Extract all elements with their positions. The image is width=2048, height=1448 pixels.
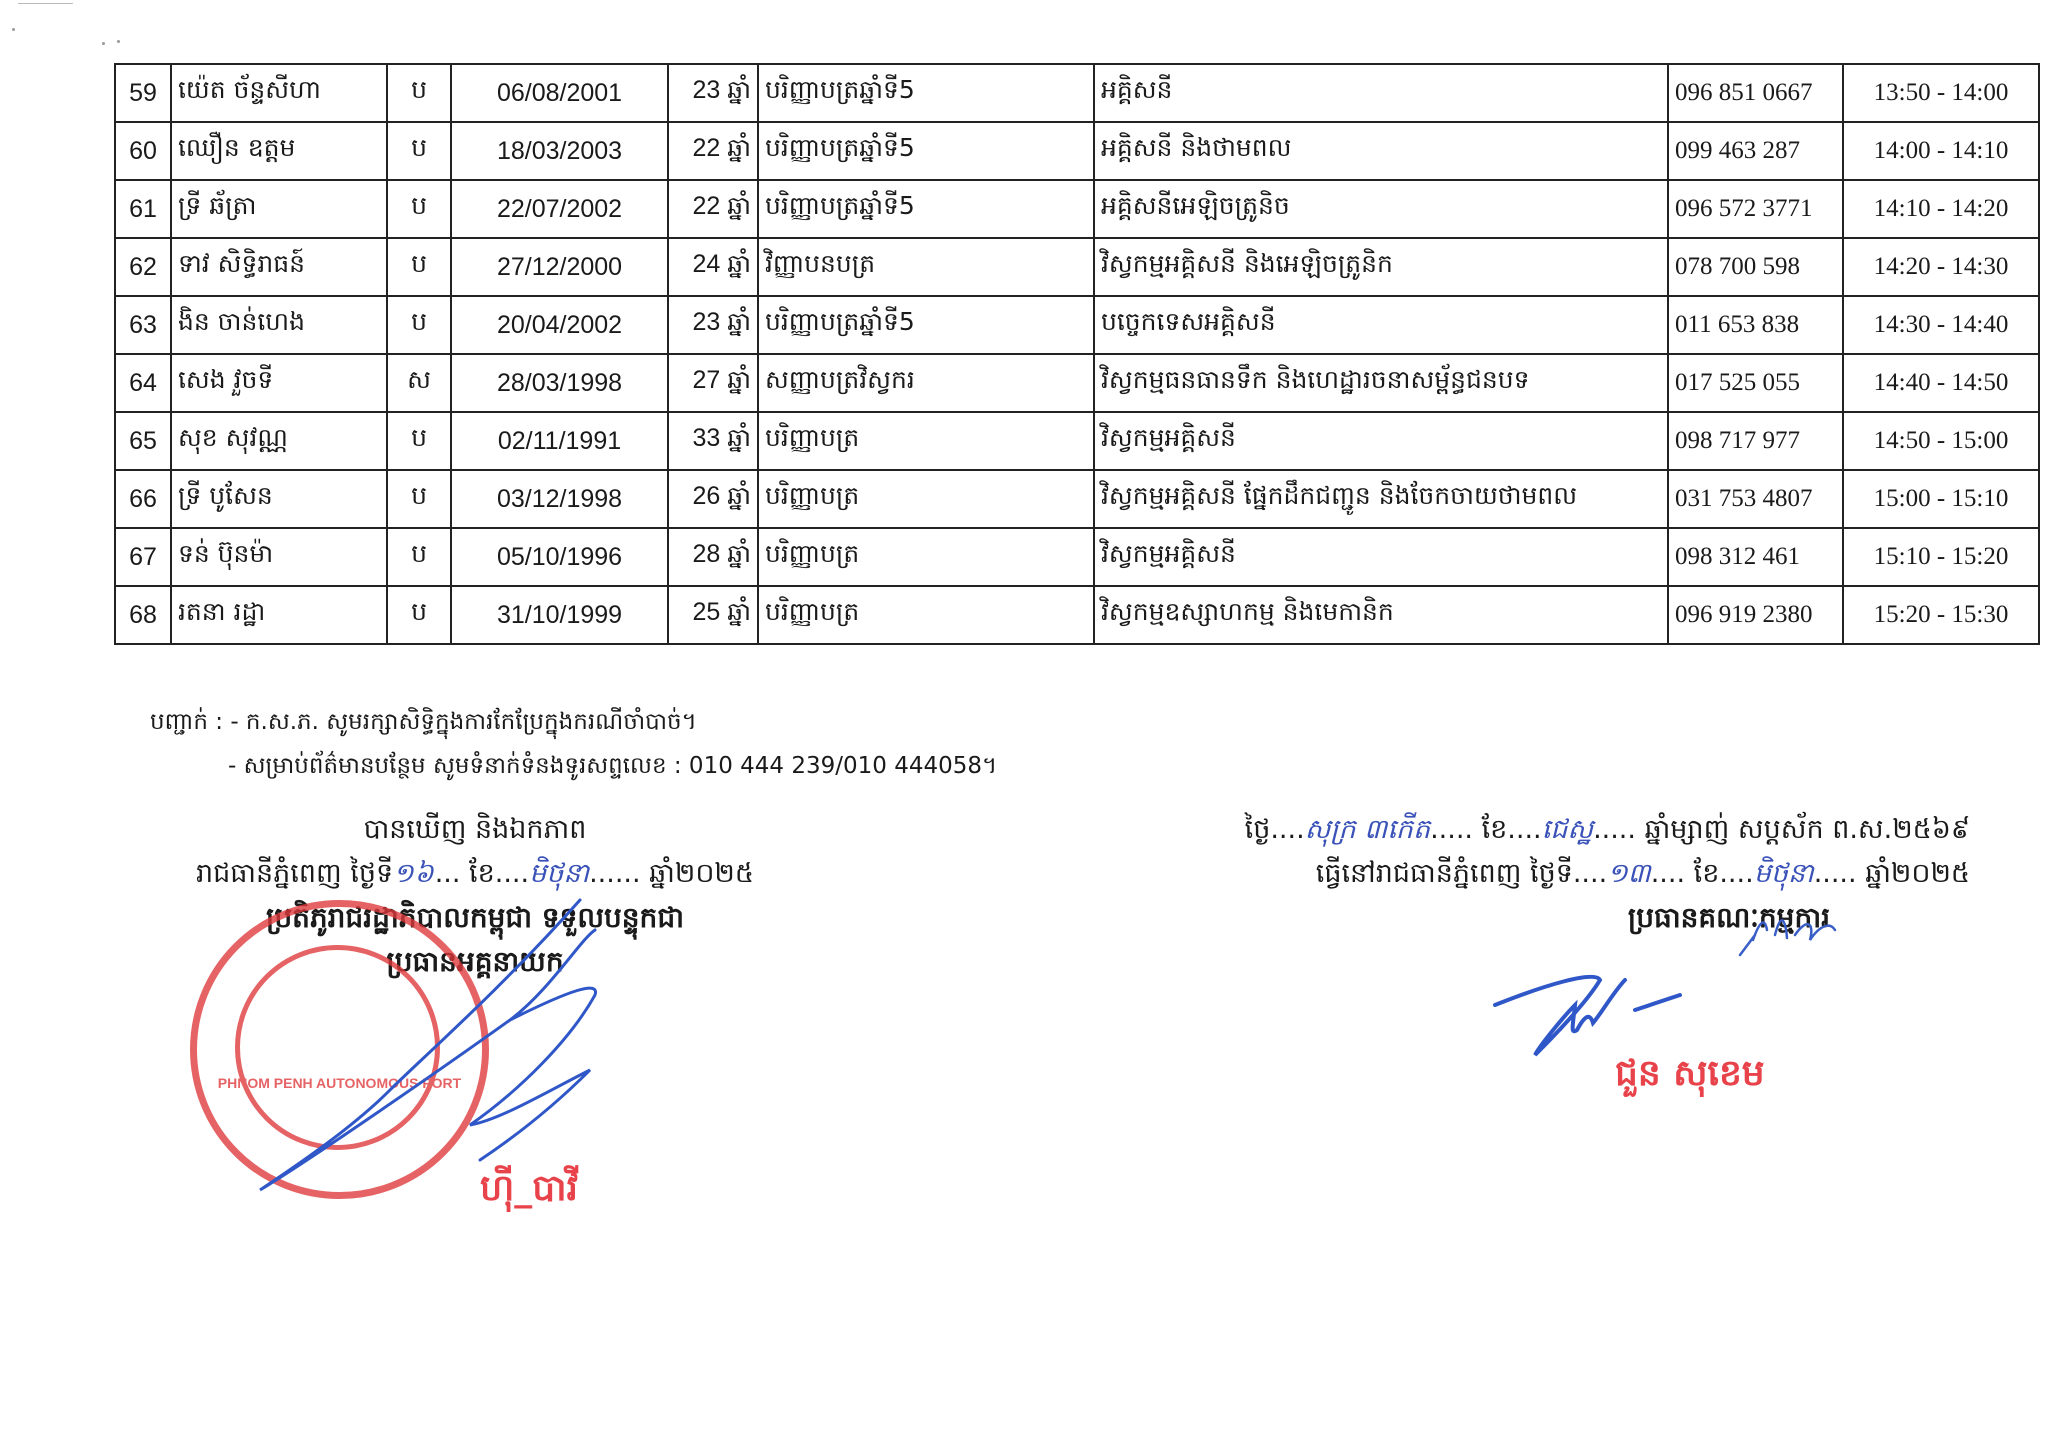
- row-number-cell: 61: [115, 180, 171, 238]
- scan-speck: [12, 28, 15, 31]
- date-of-birth-cell: 03/12/1998: [451, 470, 668, 528]
- education-level-cell: បរិញ្ញាបត្រឆ្នាំទី5: [758, 64, 1094, 122]
- table-row: 67ទន់ ប៊ុនម៉ាប05/10/199628 ឆ្នាំបរិញ្ញាប…: [115, 528, 2039, 586]
- row-number-cell: 63: [115, 296, 171, 354]
- education-level-cell: វិញ្ញាបនបត្រ: [758, 238, 1094, 296]
- interview-time-cell: 14:20 - 14:30: [1843, 238, 2039, 296]
- specialization-cell: វិស្វកម្មធនធានទឹក និងហេដ្ឋារចនាសម្ព័ន្ធជ…: [1094, 354, 1668, 412]
- table-row: 60ឈឿន ឧត្តមប18/03/200322 ឆ្នាំបរិញ្ញាបត្…: [115, 122, 2039, 180]
- interview-time-cell: 14:40 - 14:50: [1843, 354, 2039, 412]
- phone-number-cell: 031 753 4807: [1668, 470, 1843, 528]
- scan-speck: [117, 40, 120, 43]
- row-number-cell: 66: [115, 470, 171, 528]
- candidate-name-cell: សុខ សុវណ្ណ: [171, 412, 387, 470]
- sex-cell: ប: [387, 528, 451, 586]
- sex-cell: ប: [387, 64, 451, 122]
- specialization-cell: វិស្វកម្មអគ្គិសនី ផ្នែកដឹកជញ្ជូន និងចែកច…: [1094, 470, 1668, 528]
- phone-number-cell: 096 919 2380: [1668, 586, 1843, 644]
- sex-cell: ស: [387, 354, 451, 412]
- table-row: 63ងិន ចាន់ហេងប20/04/200223 ឆ្នាំបរិញ្ញាប…: [115, 296, 2039, 354]
- phone-number-cell: 078 700 598: [1668, 238, 1843, 296]
- sex-cell: ប: [387, 470, 451, 528]
- initials-icon: [1735, 910, 1845, 960]
- age-cell: 23 ឆ្នាំ: [668, 64, 758, 122]
- education-level-cell: បរិញ្ញាបត្រ: [758, 528, 1094, 586]
- phone-number-cell: 096 572 3771: [1668, 180, 1843, 238]
- row-number-cell: 62: [115, 238, 171, 296]
- age-cell: 27 ឆ្នាំ: [668, 354, 758, 412]
- candidate-name-cell: យ៉េត ច័ន្ទសីហា: [171, 64, 387, 122]
- note-line-2: - សម្រាប់ព័ត៌មានបន្ថែម សូមទំនាក់ទំនងទូរស…: [150, 744, 997, 788]
- table-row: 64សេង វួចទីស28/03/199827 ឆ្នាំសញ្ញាបត្រវ…: [115, 354, 2039, 412]
- date-of-birth-cell: 02/11/1991: [451, 412, 668, 470]
- interview-time-cell: 14:30 - 14:40: [1843, 296, 2039, 354]
- specialization-cell: អគ្គិសនី និងថាមពល: [1094, 122, 1668, 180]
- date-of-birth-cell: 22/07/2002: [451, 180, 668, 238]
- notes-section: បញ្ជាក់ : - ក.ស.ភ. សូមរក្សាសិទ្ធិក្នុងកា…: [150, 700, 997, 788]
- handwritten-lunar-day: សុក្រ ៣កើត: [1305, 814, 1430, 845]
- phone-number-cell: 017 525 055: [1668, 354, 1843, 412]
- date-of-birth-cell: 28/03/1998: [451, 354, 668, 412]
- left-signer-name: ហ៊ី_បាវី: [480, 1165, 578, 1218]
- right-signature-block: ថ្ងៃ....សុក្រ ៣កើត..... ខែ....ជេស្ឋ.....…: [1150, 808, 1970, 940]
- education-level-cell: បរិញ្ញាបត្រឆ្នាំទី5: [758, 180, 1094, 238]
- issued-date: ធ្វើនៅរាជធានីភ្នំពេញ ថ្ងៃទី....១៣.... ខែ…: [1150, 852, 1970, 896]
- interview-time-cell: 15:20 - 15:30: [1843, 586, 2039, 644]
- table-row: 68រតនា រដ្ឋាប31/10/199925 ឆ្នាំបរិញ្ញាបត…: [115, 586, 2039, 644]
- interview-time-cell: 13:50 - 14:00: [1843, 64, 2039, 122]
- date-of-birth-cell: 31/10/1999: [451, 586, 668, 644]
- candidate-name-cell: ទន់ ប៊ុនម៉ា: [171, 528, 387, 586]
- age-cell: 23 ឆ្នាំ: [668, 296, 758, 354]
- row-number-cell: 65: [115, 412, 171, 470]
- candidate-name-cell: សេង វួចទី: [171, 354, 387, 412]
- phone-number-cell: 098 312 461: [1668, 528, 1843, 586]
- note-line-1: បញ្ជាក់ : - ក.ស.ភ. សូមរក្សាសិទ្ធិក្នុងកា…: [150, 700, 997, 744]
- interview-time-cell: 15:10 - 15:20: [1843, 528, 2039, 586]
- approval-heading: បានឃើញ និងឯកភាព: [150, 808, 800, 852]
- candidate-name-cell: ឈឿន ឧត្តម: [171, 122, 387, 180]
- date-of-birth-cell: 05/10/1996: [451, 528, 668, 586]
- age-cell: 33 ឆ្នាំ: [668, 412, 758, 470]
- specialization-cell: អគ្គិសនី: [1094, 64, 1668, 122]
- specialization-cell: វិស្វកម្មឧស្សាហកម្ម និងមេកានិក: [1094, 586, 1668, 644]
- handwritten-day: ១៣: [1607, 858, 1651, 889]
- position-title: ប្រធានគណៈកម្មការ: [1150, 896, 1970, 940]
- lunar-date: ថ្ងៃ....សុក្រ ៣កើត..... ខែ....ជេស្ឋ.....…: [1150, 808, 1970, 852]
- row-number-cell: 59: [115, 64, 171, 122]
- education-level-cell: បរិញ្ញាបត្រឆ្នាំទី5: [758, 122, 1094, 180]
- date-of-birth-cell: 20/04/2002: [451, 296, 668, 354]
- education-level-cell: សញ្ញាបត្រវិស្វករ: [758, 354, 1094, 412]
- age-cell: 22 ឆ្នាំ: [668, 180, 758, 238]
- sex-cell: ប: [387, 412, 451, 470]
- candidate-name-cell: ទ្រី ឆ័ត្រា: [171, 180, 387, 238]
- sex-cell: ប: [387, 238, 451, 296]
- candidate-name-cell: រតនា រដ្ឋា: [171, 586, 387, 644]
- phone-number-cell: 096 851 0667: [1668, 64, 1843, 122]
- candidate-table: 59យ៉េត ច័ន្ទសីហាប06/08/200123 ឆ្នាំបរិញ្…: [114, 63, 2040, 645]
- date-of-birth-cell: 06/08/2001: [451, 64, 668, 122]
- age-cell: 22 ឆ្នាំ: [668, 122, 758, 180]
- age-cell: 28 ឆ្នាំ: [668, 528, 758, 586]
- left-signature-icon: [250, 900, 610, 1200]
- handwritten-lunar-month: ជេស្ឋ: [1542, 814, 1593, 845]
- sex-cell: ប: [387, 122, 451, 180]
- table-row: 65សុខ សុវណ្ណប02/11/199133 ឆ្នាំបរិញ្ញាបត…: [115, 412, 2039, 470]
- candidate-name-cell: ងិន ចាន់ហេង: [171, 296, 387, 354]
- row-number-cell: 60: [115, 122, 171, 180]
- interview-time-cell: 15:00 - 15:10: [1843, 470, 2039, 528]
- handwritten-month: មិថុនា: [1754, 858, 1814, 889]
- age-cell: 24 ឆ្នាំ: [668, 238, 758, 296]
- phone-number-cell: 099 463 287: [1668, 122, 1843, 180]
- age-cell: 26 ឆ្នាំ: [668, 470, 758, 528]
- date-of-birth-cell: 27/12/2000: [451, 238, 668, 296]
- row-number-cell: 64: [115, 354, 171, 412]
- phone-number-cell: 011 653 838: [1668, 296, 1843, 354]
- education-level-cell: បរិញ្ញាបត្រ: [758, 412, 1094, 470]
- handwritten-month: មិថុនា: [529, 858, 589, 889]
- sex-cell: ប: [387, 180, 451, 238]
- row-number-cell: 67: [115, 528, 171, 586]
- sex-cell: ប: [387, 586, 451, 644]
- table-row: 59យ៉េត ច័ន្ទសីហាប06/08/200123 ឆ្នាំបរិញ្…: [115, 64, 2039, 122]
- specialization-cell: វិស្វកម្មអគ្គិសនី និងអេឡិចត្រូនិក: [1094, 238, 1668, 296]
- education-level-cell: បរិញ្ញាបត្រ: [758, 586, 1094, 644]
- scan-artifact: [18, 3, 73, 4]
- row-number-cell: 68: [115, 586, 171, 644]
- handwritten-day: ១៦: [393, 858, 435, 889]
- right-signer-name: ជួន សុខេម: [1615, 1050, 1765, 1103]
- specialization-cell: អគ្គិសនីអេឡិចត្រូនិច: [1094, 180, 1668, 238]
- candidate-name-cell: ទាវ សិទ្ធិរាធន៍: [171, 238, 387, 296]
- date-of-birth-cell: 18/03/2003: [451, 122, 668, 180]
- specialization-cell: វិស្វកម្មអគ្គិសនី: [1094, 412, 1668, 470]
- interview-time-cell: 14:50 - 15:00: [1843, 412, 2039, 470]
- specialization-cell: វិស្វកម្មអគ្គិសនី: [1094, 528, 1668, 586]
- scan-speck: [102, 42, 105, 45]
- table-row: 62ទាវ សិទ្ធិរាធន៍ប27/12/200024 ឆ្នាំវិញ្…: [115, 238, 2039, 296]
- interview-time-cell: 14:00 - 14:10: [1843, 122, 2039, 180]
- table-row: 66ទ្រី បូសែនប03/12/199826 ឆ្នាំបរិញ្ញាបត…: [115, 470, 2039, 528]
- education-level-cell: បរិញ្ញាបត្រឆ្នាំទី5: [758, 296, 1094, 354]
- candidate-name-cell: ទ្រី បូសែន: [171, 470, 387, 528]
- interview-time-cell: 14:10 - 14:20: [1843, 180, 2039, 238]
- approval-date: រាជធានីភ្នំពេញ ថ្ងៃទី១៦... ខែ....មិថុនា.…: [150, 852, 800, 896]
- specialization-cell: បច្ចេកទេសអគ្គិសនី: [1094, 296, 1668, 354]
- sex-cell: ប: [387, 296, 451, 354]
- age-cell: 25 ឆ្នាំ: [668, 586, 758, 644]
- phone-number-cell: 098 717 977: [1668, 412, 1843, 470]
- education-level-cell: បរិញ្ញាបត្រ: [758, 470, 1094, 528]
- table-row: 61ទ្រី ឆ័ត្រាប22/07/200222 ឆ្នាំបរិញ្ញាប…: [115, 180, 2039, 238]
